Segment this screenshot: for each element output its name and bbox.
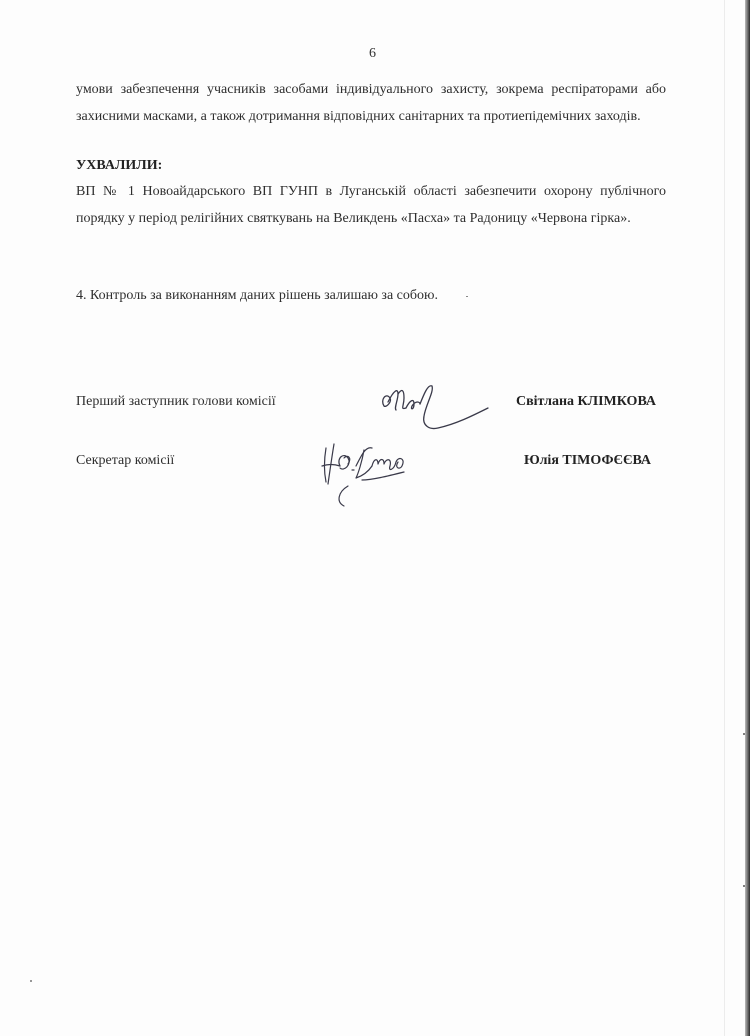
scan-border-shadow bbox=[745, 0, 750, 1036]
signatory-name-klimkova: Світлана КЛІМКОВА bbox=[516, 394, 656, 410]
signature-klimkova-icon bbox=[376, 380, 496, 440]
decision-text: ВП № 1 Новоайдарського ВП ГУНП в Лугансь… bbox=[76, 178, 666, 232]
document-page: 6 умови забезпечення учасників засобами … bbox=[0, 0, 745, 1036]
scan-edge-line bbox=[724, 0, 725, 1036]
control-clause: 4. Контроль за виконанням даних рішень з… bbox=[76, 288, 438, 304]
decision-heading: УХВАЛИЛИ: bbox=[76, 158, 162, 174]
scan-speck bbox=[30, 980, 32, 982]
paragraph-measures: умови забезпечення учасників засобами ін… bbox=[76, 76, 666, 130]
decision-line: ВП № 1 Новоайдарського ВП ГУНП в Лугансь… bbox=[76, 178, 666, 205]
signatory-name-timofeeva: Юлія ТІМОФЄЄВА bbox=[524, 453, 651, 469]
signatory-role-secretary: Секретар комісії bbox=[76, 453, 174, 469]
decision-line: порядку у період релігійних святкувань н… bbox=[76, 205, 666, 232]
page-number: 6 bbox=[0, 46, 745, 62]
paragraph-line: захисними масками, а також дотримання ві… bbox=[76, 103, 666, 130]
paragraph-line: умови забезпечення учасників засобами ін… bbox=[76, 76, 666, 103]
signature-timofeeva-icon bbox=[318, 436, 428, 516]
signatory-role-first-deputy: Перший заступник голови комісії bbox=[76, 394, 276, 410]
scan-speck bbox=[466, 296, 468, 297]
